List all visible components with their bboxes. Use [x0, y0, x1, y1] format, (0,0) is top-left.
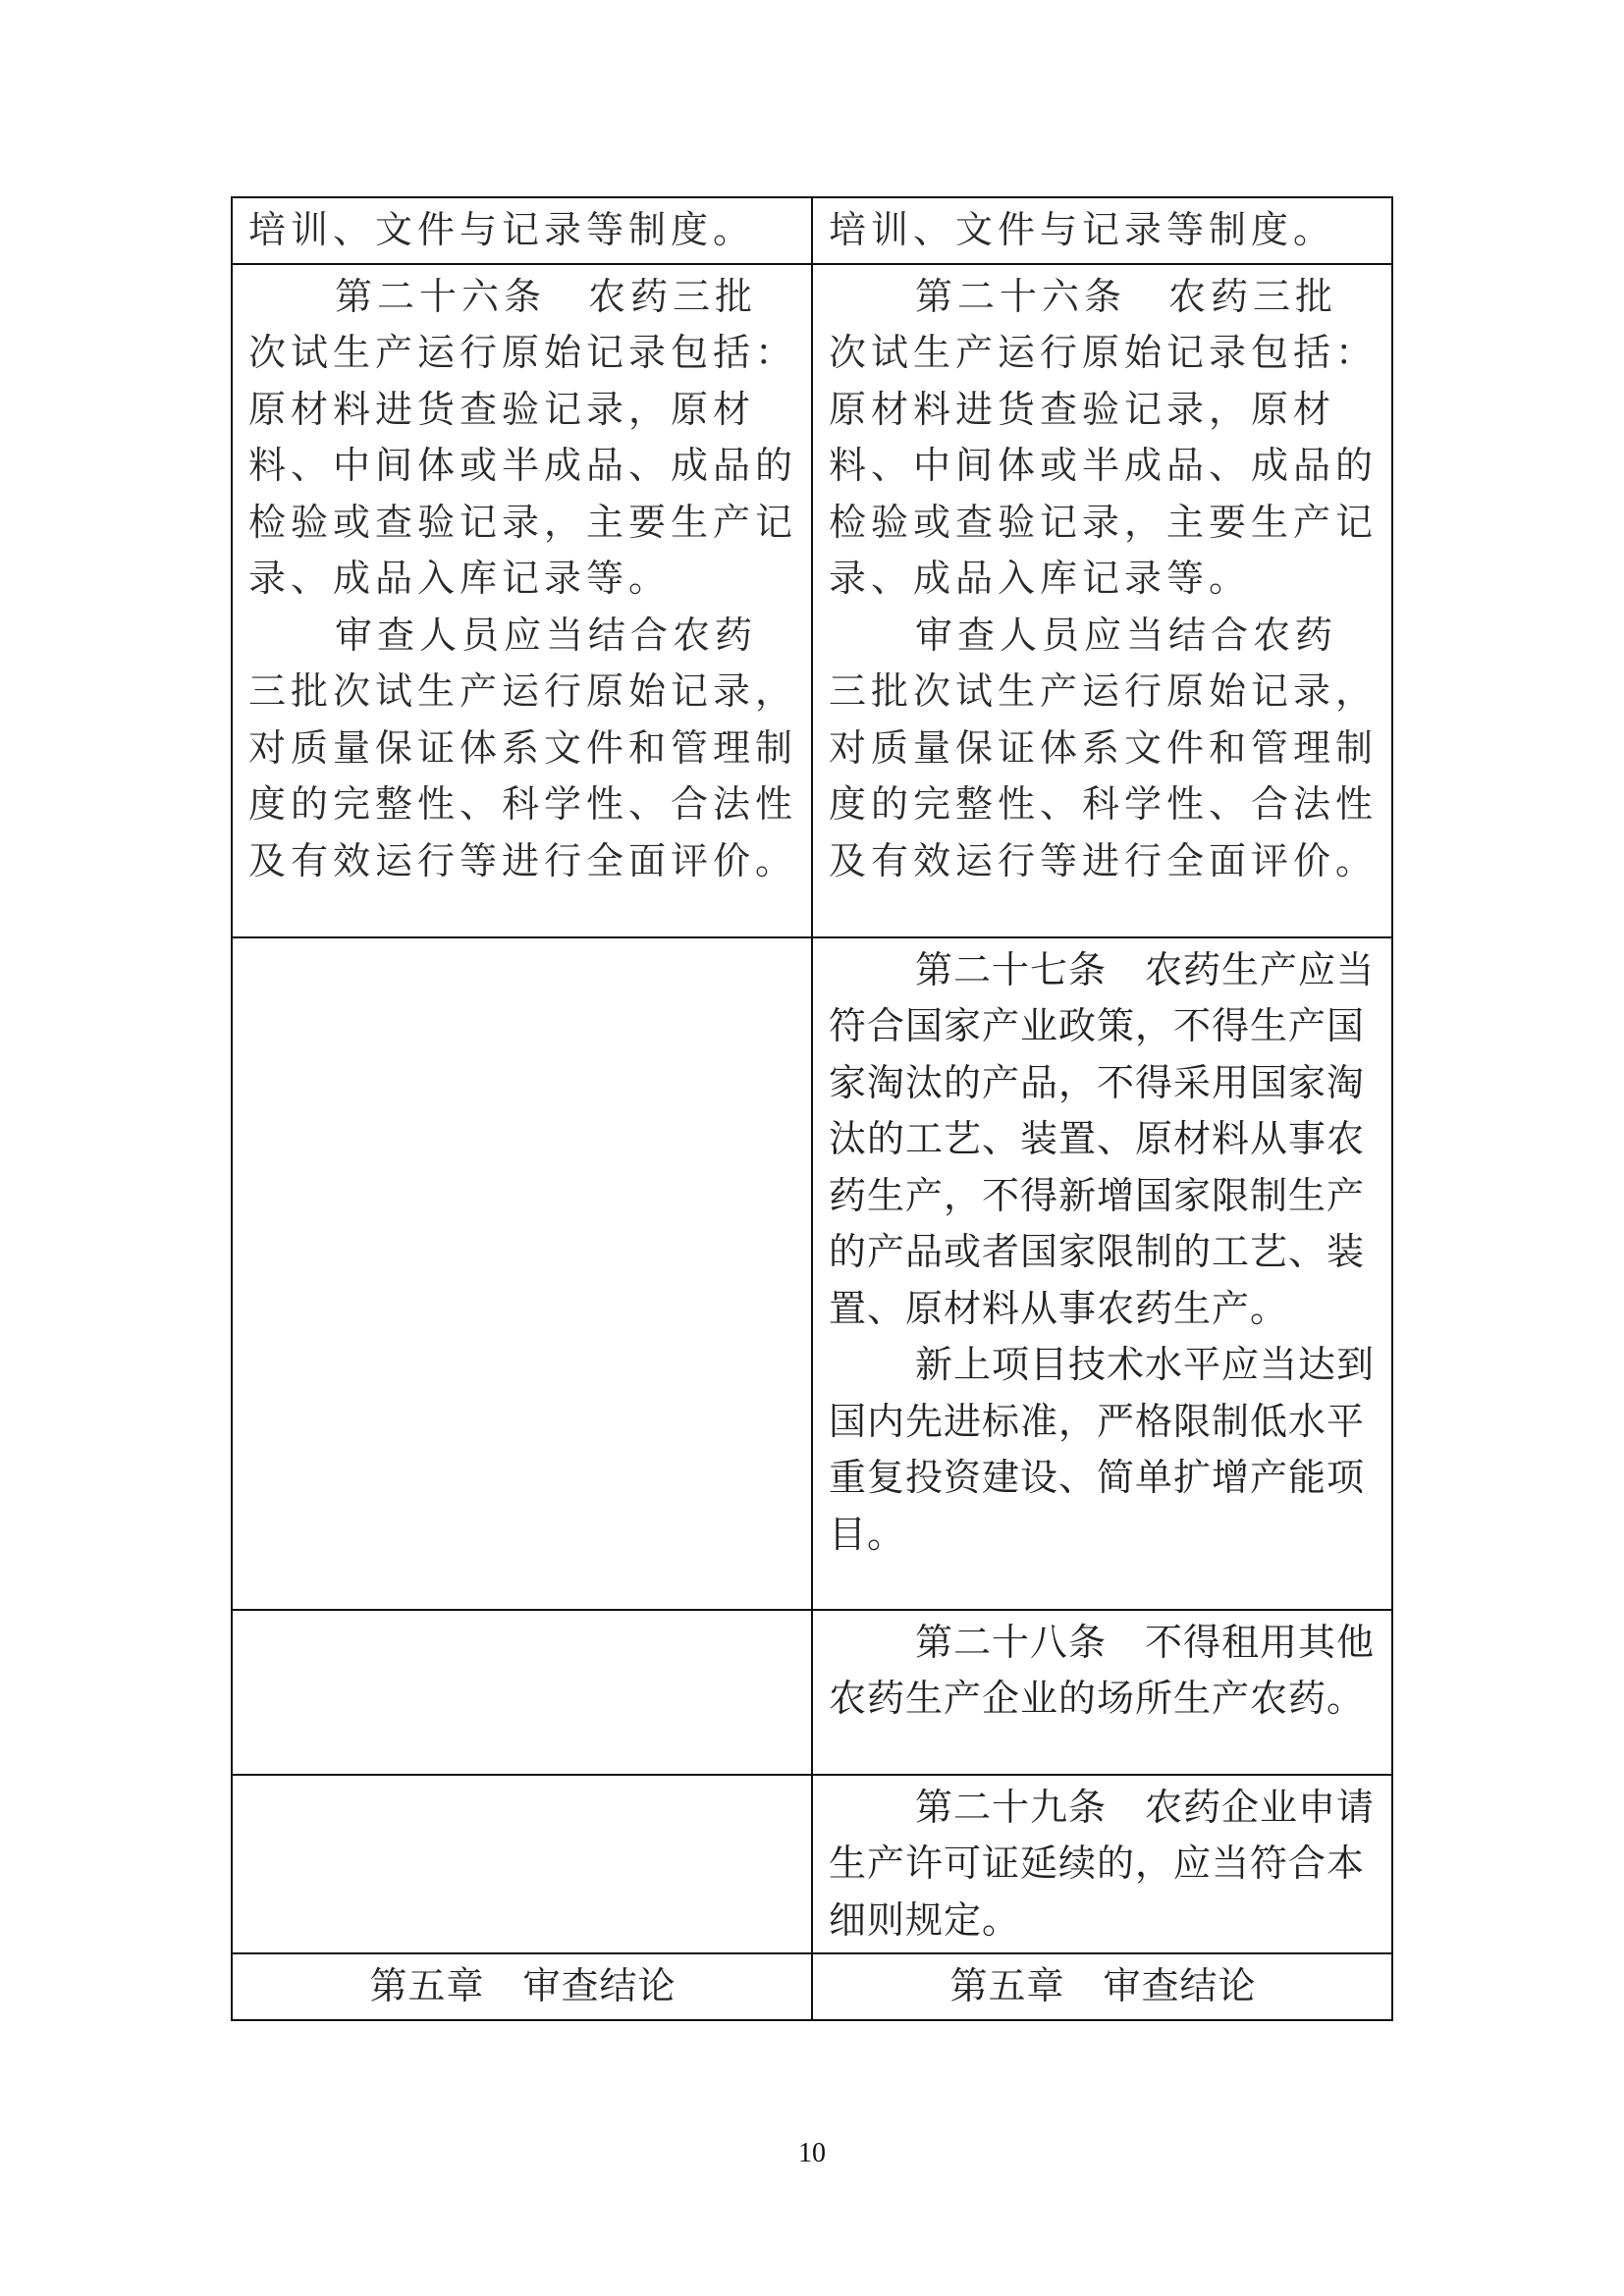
paragraph: 培训、文件与记录等制度。 [829, 202, 1378, 259]
article-27-paragraph: 第二十七条 农药生产应当符合国家产业政策，不得生产国家淘汰的产品，不得采用国家淘… [829, 942, 1378, 1338]
article-26-paragraph: 第二十六条 农药三批次试生产运行原始记录包括：原材料进货查验记录，原材料、中间体… [248, 269, 797, 608]
chapter-heading-old: 第五章 审查结论 [232, 1953, 812, 2020]
empty-old-cell [232, 1775, 812, 1954]
article-26-paragraph: 第二十六条 农药三批次试生产运行原始记录包括：原材料进货查验记录，原材料、中间体… [829, 269, 1378, 608]
table-row: 第五章 审查结论 第五章 审查结论 [232, 1953, 1392, 2020]
article-28-paragraph: 第二十八条 不得租用其他农药生产企业的场所生产农药。 [829, 1615, 1378, 1728]
new-text-cell: 第二十九条 农药企业申请生产许可证延续的，应当符合本细则规定。 [812, 1775, 1392, 1954]
empty-old-cell [232, 937, 812, 1610]
paragraph: 审查人员应当结合农药三批次试生产运行原始记录，对质量保证体系文件和管理制度的完整… [829, 608, 1378, 890]
empty-old-cell [232, 1610, 812, 1775]
new-text-cell: 第二十七条 农药生产应当符合国家产业政策，不得生产国家淘汰的产品，不得采用国家淘… [812, 937, 1392, 1610]
page-number: 10 [0, 2138, 1624, 2169]
new-text-cell: 培训、文件与记录等制度。 [812, 197, 1392, 264]
table-row: 第二十九条 农药企业申请生产许可证延续的，应当符合本细则规定。 [232, 1775, 1392, 1954]
paragraph: 审查人员应当结合农药三批次试生产运行原始记录，对质量保证体系文件和管理制度的完整… [248, 608, 797, 890]
comparison-table: 培训、文件与记录等制度。 培训、文件与记录等制度。 第二十六条 农药三批次试生产… [231, 196, 1393, 2021]
new-text-cell: 第二十八条 不得租用其他农药生产企业的场所生产农药。 [812, 1610, 1392, 1775]
paragraph: 新上项目技术水平应当达到国内先进标准，严格限制低水平重复投资建设、简单扩增产能项… [829, 1337, 1378, 1563]
table-row: 培训、文件与记录等制度。 培训、文件与记录等制度。 [232, 197, 1392, 264]
old-text-cell: 培训、文件与记录等制度。 [232, 197, 812, 264]
chapter-title: 第五章 审查结论 [829, 1958, 1378, 2015]
chapter-heading-new: 第五章 审查结论 [812, 1953, 1392, 2020]
table-row: 第二十六条 农药三批次试生产运行原始记录包括：原材料进货查验记录，原材料、中间体… [232, 264, 1392, 937]
old-text-cell: 第二十六条 农药三批次试生产运行原始记录包括：原材料进货查验记录，原材料、中间体… [232, 264, 812, 937]
paragraph: 培训、文件与记录等制度。 [248, 202, 797, 259]
article-29-paragraph: 第二十九条 农药企业申请生产许可证延续的，应当符合本细则规定。 [829, 1780, 1378, 1949]
document-page: 培训、文件与记录等制度。 培训、文件与记录等制度。 第二十六条 农药三批次试生产… [0, 0, 1624, 2296]
table-row: 第二十七条 农药生产应当符合国家产业政策，不得生产国家淘汰的产品，不得采用国家淘… [232, 937, 1392, 1610]
chapter-title: 第五章 审查结论 [248, 1958, 797, 2015]
new-text-cell: 第二十六条 农药三批次试生产运行原始记录包括：原材料进货查验记录，原材料、中间体… [812, 264, 1392, 937]
table-row: 第二十八条 不得租用其他农药生产企业的场所生产农药。 [232, 1610, 1392, 1775]
